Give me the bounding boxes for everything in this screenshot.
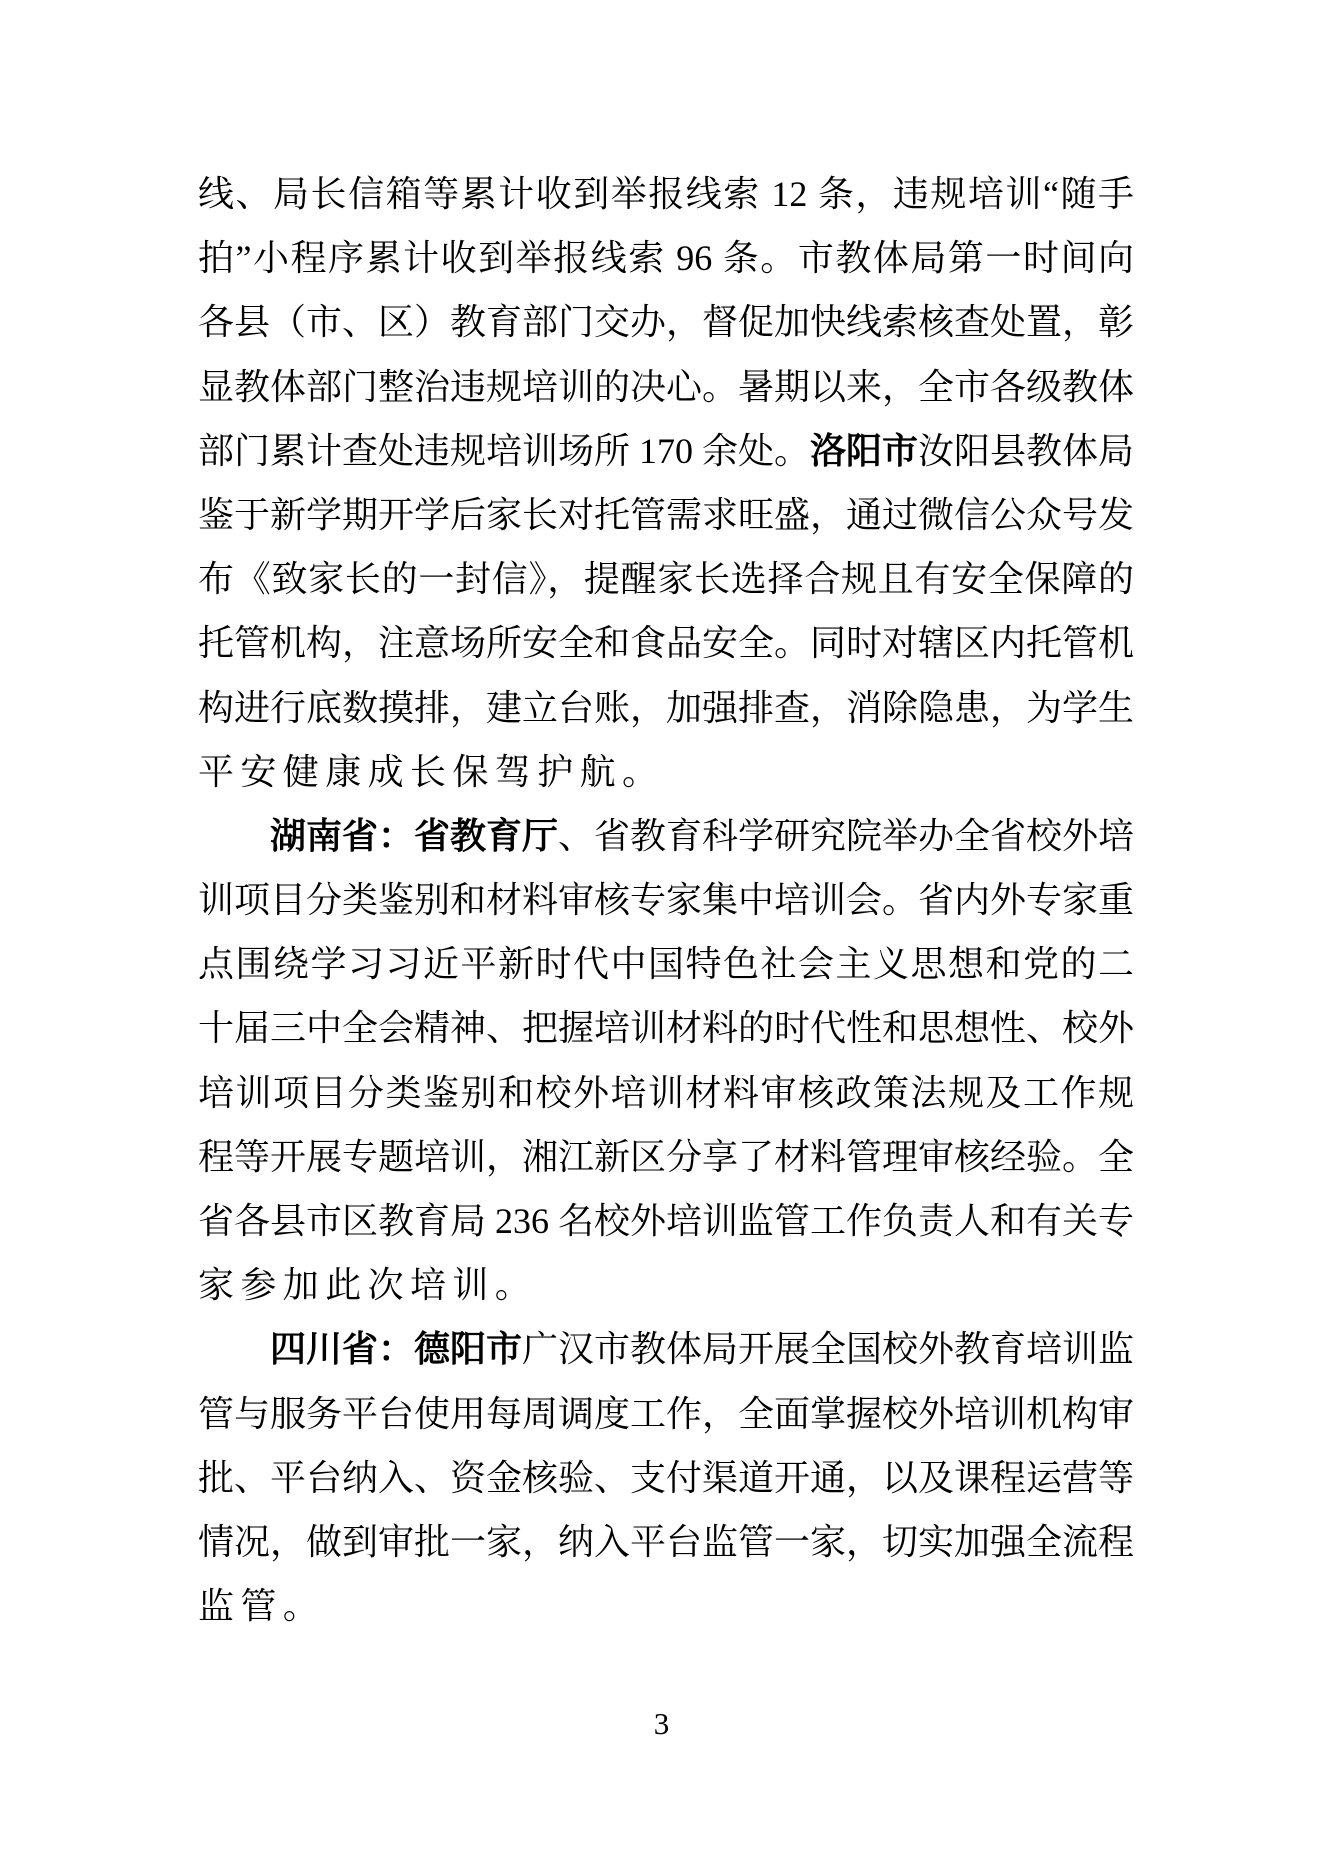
body-text-run: 广汉市教体局开展全国校外教育培训监	[522, 1329, 1134, 1369]
text-line: 情况，做到审批一家，纳入平台监管一家，切实加强全流程	[198, 1510, 1134, 1574]
text-line: 四川省：德阳市广汉市教体局开展全国校外教育培训监	[198, 1317, 1134, 1381]
text-line: 管与服务平台使用每周调度工作，全面掌握校外培训机构审	[198, 1382, 1134, 1446]
text-line: 显教体部门整治违规培训的决心。暑期以来，全市各级教体	[198, 355, 1134, 419]
document-body: 线、局长信箱等累计收到举报线索 12 条，违规培训“随手拍”小程序累计收到举报线…	[198, 162, 1134, 1638]
body-text-run: 鉴于新学期开学后家长对托管需求旺盛，通过微信公众号发	[198, 495, 1134, 535]
text-line: 点围绕学习习近平新时代中国特色社会主义思想和党的二	[198, 932, 1134, 996]
text-line: 十届三中全会精神、把握培训材料的时代性和思想性、校外	[198, 996, 1134, 1060]
body-text-run: 训项目分类鉴别和材料审核专家集中培训会。省内外专家重	[198, 880, 1134, 920]
text-line: 培训项目分类鉴别和校外培训材料审核政策法规及工作规	[198, 1061, 1134, 1125]
body-text-run: 构进行底数摸排，建立台账，加强排查，消除隐患，为学生	[198, 688, 1134, 728]
body-text-run: 点围绕学习习近平新时代中国特色社会主义思想和党的二	[198, 944, 1134, 984]
text-line: 家参加此次培训。	[198, 1253, 1134, 1317]
body-text-run: 培训项目分类鉴别和校外培训材料审核政策法规及工作规	[198, 1073, 1134, 1113]
text-line: 程等开展专题培训，湘江新区分享了材料管理审核经验。全	[198, 1125, 1134, 1189]
text-line: 鉴于新学期开学后家长对托管需求旺盛，通过微信公众号发	[198, 483, 1134, 547]
text-line: 各县（市、区）教育部门交办，督促加快线索核查处置，彰	[198, 290, 1134, 354]
body-text-run: 拍”小程序累计收到举报线索 96 条。市教体局第一时间向	[198, 238, 1134, 278]
body-text-run: 线、局长信箱等累计收到举报线索 12 条，违规培训“随手	[198, 174, 1134, 214]
body-text-run: 省各县市区教育局 236 名校外培训监管工作负责人和有关专	[198, 1201, 1134, 1241]
body-text-run: 布《致家长的一封信》，提醒家长选择合规且有安全保障的	[198, 559, 1134, 599]
text-line: 拍”小程序累计收到举报线索 96 条。市教体局第一时间向	[198, 226, 1134, 290]
text-line: 训项目分类鉴别和材料审核专家集中培训会。省内外专家重	[198, 868, 1134, 932]
body-text-run: 部门累计查处违规培训场所 170 余处。	[198, 431, 810, 471]
body-text-run: 显教体部门整治违规培训的决心。暑期以来，全市各级教体	[198, 367, 1134, 407]
text-line: 线、局长信箱等累计收到举报线索 12 条，违规培训“随手	[198, 162, 1134, 226]
text-line: 监管。	[198, 1574, 1134, 1638]
page-number: 3	[0, 1704, 1323, 1744]
text-line: 省各县市区教育局 236 名校外培训监管工作负责人和有关专	[198, 1189, 1134, 1253]
text-line: 湖南省：省教育厅、省教育科学研究院举办全省校外培	[198, 804, 1134, 868]
document-page: 线、局长信箱等累计收到举报线索 12 条，违规培训“随手拍”小程序累计收到举报线…	[0, 0, 1323, 1871]
body-text-run: 十届三中全会精神、把握培训材料的时代性和思想性、校外	[198, 1008, 1134, 1048]
body-text-run: 监管。	[198, 1586, 325, 1626]
text-line: 托管机构，注意场所安全和食品安全。同时对辖区内托管机	[198, 611, 1134, 675]
emphasis-text: 洛阳市	[810, 431, 918, 471]
body-text-run: 批、平台纳入、资金核验、支付渠道开通，以及课程运营等	[198, 1458, 1134, 1498]
text-line: 批、平台纳入、资金核验、支付渠道开通，以及课程运营等	[198, 1446, 1134, 1510]
body-text-run: 程等开展专题培训，湘江新区分享了材料管理审核经验。全	[198, 1137, 1134, 1177]
emphasis-text: 湖南省：省教育厅	[270, 816, 558, 856]
body-text-run: 汝阳县教体局	[918, 431, 1134, 471]
text-line: 布《致家长的一封信》，提醒家长选择合规且有安全保障的	[198, 547, 1134, 611]
emphasis-text: 四川省：德阳市	[270, 1329, 522, 1369]
body-text-run: 情况，做到审批一家，纳入平台监管一家，切实加强全流程	[198, 1522, 1134, 1562]
body-text-run: 管与服务平台使用每周调度工作，全面掌握校外培训机构审	[198, 1394, 1134, 1434]
body-text-run: 平安健康成长保驾护航。	[198, 752, 664, 792]
text-line: 构进行底数摸排，建立台账，加强排查，消除隐患，为学生	[198, 676, 1134, 740]
body-text-run: 家参加此次培训。	[198, 1265, 537, 1305]
body-text-run: 各县（市、区）教育部门交办，督促加快线索核查处置，彰	[198, 302, 1134, 342]
body-text-run: 、省教育科学研究院举办全省校外培	[558, 816, 1134, 856]
body-text-run: 托管机构，注意场所安全和食品安全。同时对辖区内托管机	[198, 623, 1134, 663]
text-line: 部门累计查处违规培训场所 170 余处。洛阳市汝阳县教体局	[198, 419, 1134, 483]
text-line: 平安健康成长保驾护航。	[198, 740, 1134, 804]
